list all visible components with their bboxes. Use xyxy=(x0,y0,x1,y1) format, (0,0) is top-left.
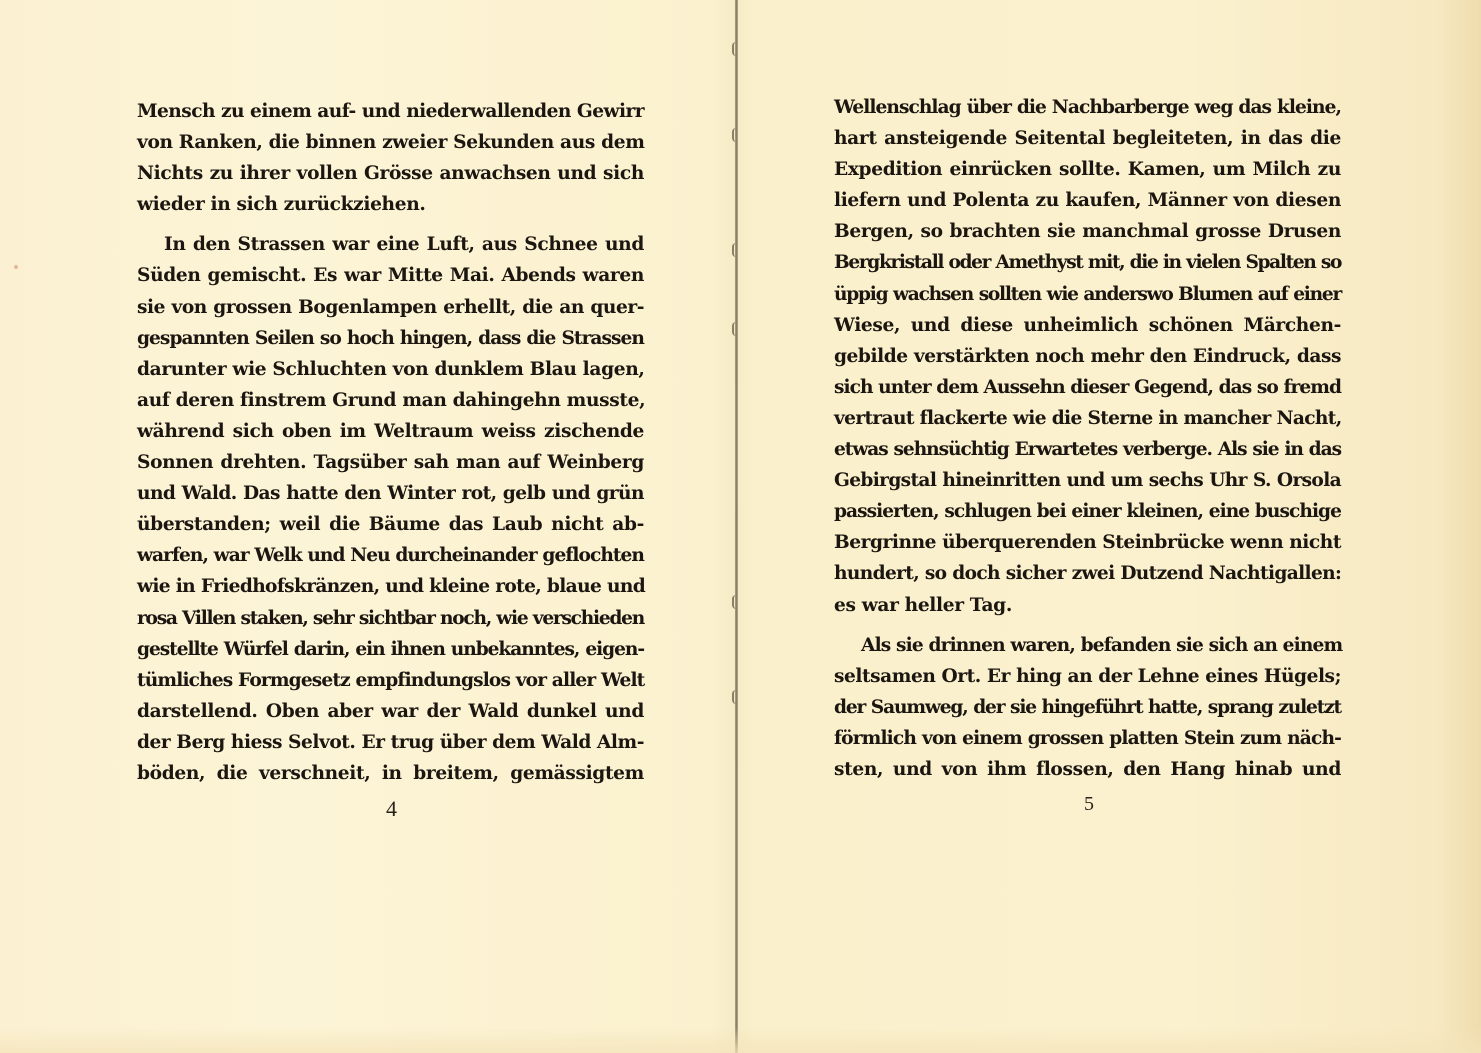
text-line: sie von grossen Bogenlampen erhellt, die… xyxy=(137,292,644,323)
text-line: seltsamen Ort. Er hing an der Lehne eine… xyxy=(834,661,1341,692)
text-line: wieder in sich zurückziehen. xyxy=(137,189,644,220)
text-line: während sich oben im Weltraum weiss zisc… xyxy=(137,416,644,447)
text-line: gestellte Würfel darin, ein ihnen unbeka… xyxy=(137,634,644,665)
text-line: sich unter dem Aussehn dieser Gegend, da… xyxy=(834,372,1341,403)
text-line: der Saumweg, der sie hingeführt hatte, s… xyxy=(834,692,1341,723)
text-line: Wiese, und diese unheimlich schönen Märc… xyxy=(834,310,1341,341)
text-line: passierten, schlugen bei einer kleinen, … xyxy=(834,496,1341,527)
right-page: Wellenschlag über die Nachbarberge weg d… xyxy=(738,0,1481,1053)
left-page-text: Mensch zu einem auf- und niederwallenden… xyxy=(137,96,644,789)
text-line: der Berg hiess Selvot. Er trug über dem … xyxy=(137,727,644,758)
paragraph: Als sie drinnen waren, befanden sie sich… xyxy=(834,630,1341,785)
paragraph: Mensch zu einem auf- und niederwallenden… xyxy=(137,96,644,220)
text-line: es war heller Tag. xyxy=(834,590,1341,621)
text-line: liefern und Polenta zu kaufen, Männer vo… xyxy=(834,185,1341,216)
right-page-text: Wellenschlag über die Nachbarberge weg d… xyxy=(834,92,1341,785)
text-line: hundert, so doch sicher zwei Dutzend Nac… xyxy=(834,558,1341,589)
text-line: Wellenschlag über die Nachbarberge weg d… xyxy=(834,92,1341,123)
text-line: warfen, war Welk und Neu durcheinander g… xyxy=(137,540,644,571)
text-line: gespannten Seilen so hoch hingen, dass d… xyxy=(137,323,644,354)
text-line: vertraut flackerte wie die Sterne in man… xyxy=(834,403,1341,434)
text-line: gebilde verstärkten noch mehr den Eindru… xyxy=(834,341,1341,372)
book-spread: Mensch zu einem auf- und niederwallenden… xyxy=(0,0,1481,1053)
paragraph-gap xyxy=(834,621,1341,630)
paragraph: Wellenschlag über die Nachbarberge weg d… xyxy=(834,92,1341,621)
text-line: Bergrinne überquerenden Steinbrücke wenn… xyxy=(834,527,1341,558)
paper-speck xyxy=(14,265,18,269)
paragraph: In den Strassen war eine Luft, aus Schne… xyxy=(137,229,644,789)
page-number: 5 xyxy=(1084,793,1094,816)
text-line: förmlich von einem grossen platten Stein… xyxy=(834,723,1341,754)
text-line: Süden gemischt. Es war Mitte Mai. Abends… xyxy=(137,260,644,291)
text-line: böden, die verschneit, in breitem, gemäs… xyxy=(137,758,644,789)
text-line: tümliches Formgesetz empfindungslos vor … xyxy=(137,665,644,696)
text-line: und Wald. Das hatte den Winter rot, gelb… xyxy=(137,478,644,509)
text-line: etwas sehnsüchtig Erwartetes verberge. A… xyxy=(834,434,1341,465)
text-line: sten, und von ihm flossen, den Hang hina… xyxy=(834,754,1341,785)
text-line: hart ansteigende Seitental begleiteten, … xyxy=(834,123,1341,154)
text-line: rosa Villen staken, sehr sichtbar noch, … xyxy=(137,603,644,634)
page-number: 4 xyxy=(386,796,397,822)
text-line: Gebirgstal hineinritten und um sechs Uhr… xyxy=(834,465,1341,496)
text-line: auf deren finstrem Grund man dahingehn m… xyxy=(137,385,644,416)
text-line: Bergen, so brachten sie manchmal grosse … xyxy=(834,216,1341,247)
left-page: Mensch zu einem auf- und niederwallenden… xyxy=(0,0,735,1053)
text-line: überstanden; weil die Bäume das Laub nic… xyxy=(137,509,644,540)
text-line: Expedition einrücken sollte. Kamen, um M… xyxy=(834,154,1341,185)
text-line: Sonnen drehten. Tagsüber sah man auf Wei… xyxy=(137,447,644,478)
text-line: darunter wie Schluchten von dunklem Blau… xyxy=(137,354,644,385)
text-line: In den Strassen war eine Luft, aus Schne… xyxy=(137,229,644,260)
text-line: Bergkristall oder Amethyst mit, die in v… xyxy=(834,247,1341,278)
paragraph-gap xyxy=(137,220,644,229)
text-line: üppig wachsen sollten wie anderswo Blume… xyxy=(834,279,1341,310)
text-line: darstellend. Oben aber war der Wald dunk… xyxy=(137,696,644,727)
text-line: wie in Friedhofskränzen, und kleine rote… xyxy=(137,571,644,602)
text-line: von Ranken, die binnen zweier Sekunden a… xyxy=(137,127,644,158)
text-line: Als sie drinnen waren, befanden sie sich… xyxy=(834,630,1341,661)
text-line: Mensch zu einem auf- und niederwallenden… xyxy=(137,96,644,127)
text-line: Nichts zu ihrer vollen Grösse anwachsen … xyxy=(137,158,644,189)
